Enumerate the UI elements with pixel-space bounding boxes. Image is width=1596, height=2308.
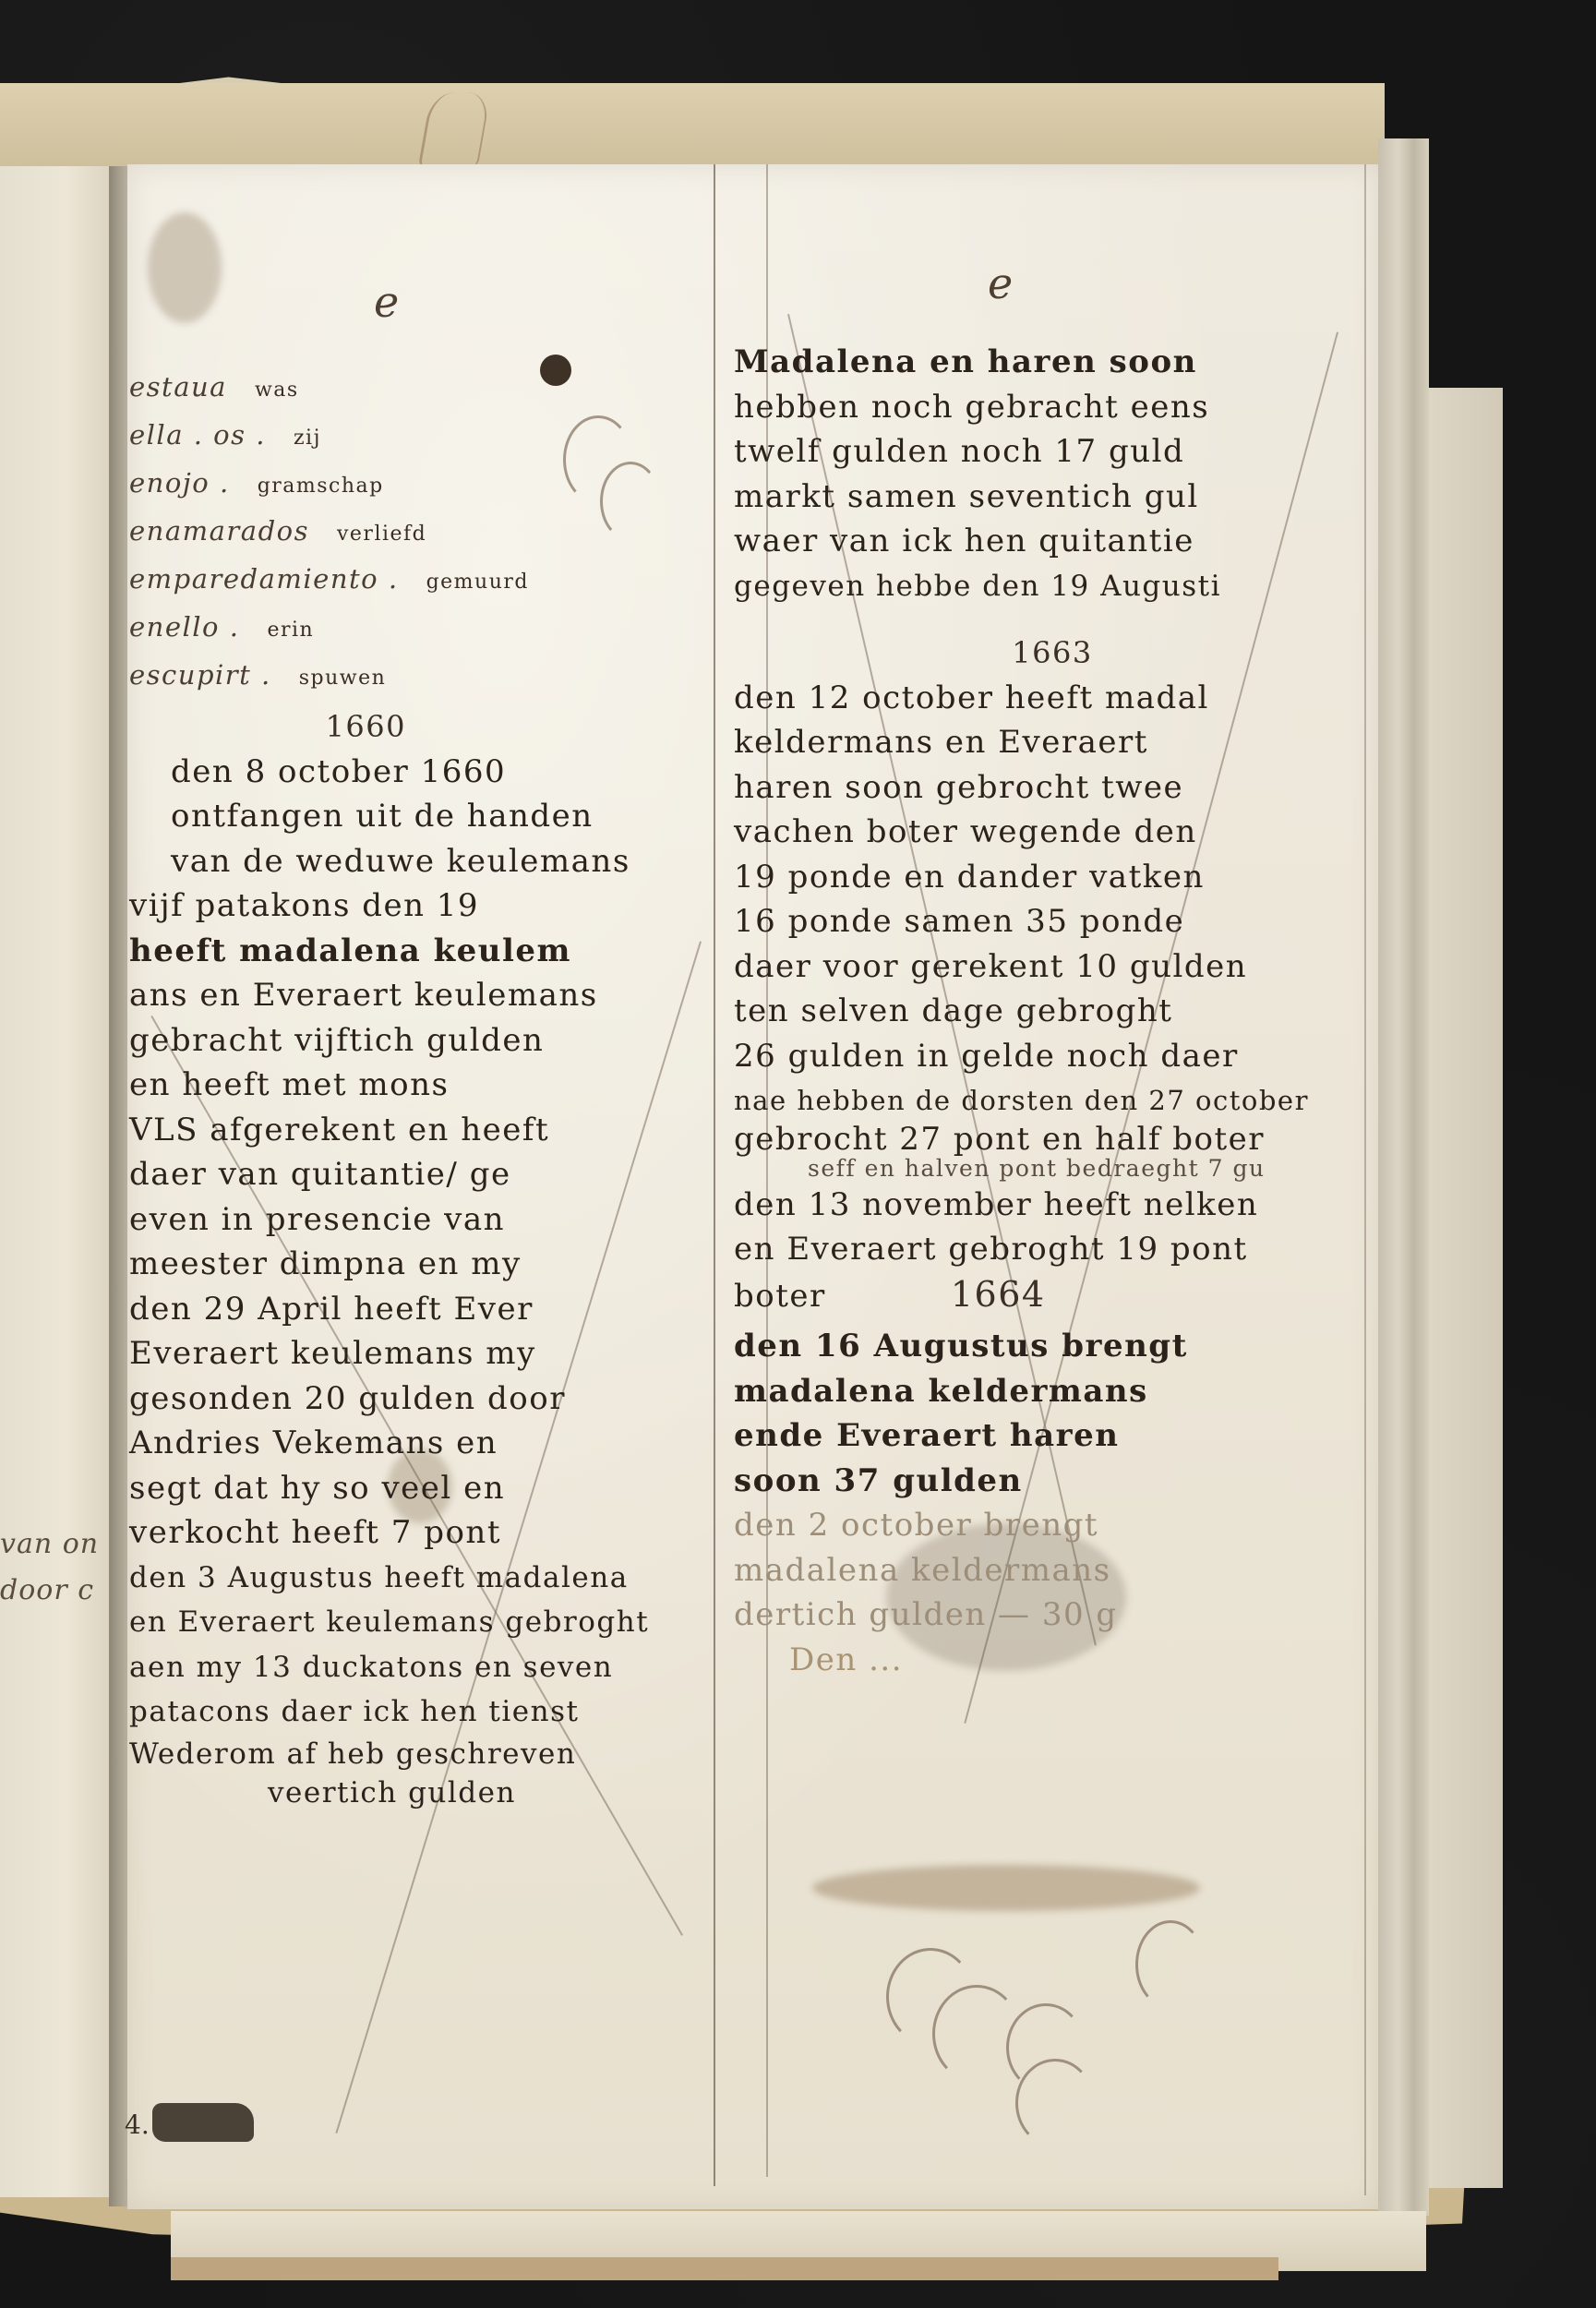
book-gutter xyxy=(109,166,127,2206)
water-stain xyxy=(148,212,222,323)
ledger-line: verkocht heeft 7 pont xyxy=(129,1510,711,1556)
ledger-line: gegeven hebbe den 19 Augusti xyxy=(734,564,1371,609)
ledger-line: ontfangen uit de handen xyxy=(171,794,711,839)
page-edge xyxy=(1378,138,1429,2216)
ledger-line: Wederom af heb geschreven xyxy=(129,1735,711,1773)
ledger-line: VLS afgerekent en heeft xyxy=(129,1108,711,1153)
page-marker: 4. xyxy=(125,2110,150,2140)
ledger-line: 16 ponde samen 35 ponde xyxy=(734,899,1371,944)
ledger-line: den 12 october heeft madal xyxy=(734,676,1371,721)
ledger-line: gesonden 20 gulden door xyxy=(129,1376,711,1422)
year-heading: 1660 xyxy=(129,704,406,750)
ledger-entries: den 8 october 1660 ontfangen uit de hand… xyxy=(171,750,711,884)
vocab-entry: emparedamiento .gemuurd xyxy=(129,557,711,605)
ledger-line: madalena keldermans xyxy=(734,1369,1371,1414)
ledger-entries: den 16 Augustus brengt madalena kelderma… xyxy=(734,1324,1371,1503)
section-letter: e xyxy=(374,277,399,327)
scribbled-out-text xyxy=(152,2103,254,2142)
faded-entries: den 2 october brengt madalena keldermans… xyxy=(734,1503,1371,1682)
margin-note: door c xyxy=(0,1574,94,1606)
ledger-line: Andries Vekemans en xyxy=(129,1421,711,1466)
pen-sketch xyxy=(418,92,491,166)
year-heading: 1664 xyxy=(951,1272,1046,1317)
ledger-line: Madalena en haren soon xyxy=(734,340,1371,385)
ledger-line: patacons daer ick hen tienst xyxy=(129,1689,711,1735)
ledger-line: gebrocht 27 pont en half boter xyxy=(734,1124,1371,1155)
margin-note: van on xyxy=(0,1528,99,1560)
ledger-line: en Everaert gebroght 19 pont xyxy=(734,1227,1371,1272)
ledger-line: en Everaert keulemans gebroght xyxy=(129,1600,711,1645)
ledger-line: soon 37 gulden xyxy=(734,1459,1371,1504)
ledger-line: den 13 november heeft nelken xyxy=(734,1183,1371,1228)
ledger-line: boter xyxy=(734,1274,826,1319)
ledger-line: veertich gulden xyxy=(268,1773,711,1812)
ledger-entries: vijf patakons den 19 heeft madalena keul… xyxy=(129,884,711,1812)
ledger-line: den 8 october 1660 xyxy=(171,750,711,795)
ledger-entries: den 12 october heeft madal keldermans en… xyxy=(734,676,1371,1319)
ledger-line: Everaert keulemans my xyxy=(129,1331,711,1376)
top-torn-edge xyxy=(0,83,1385,170)
pen-flourish xyxy=(1015,2059,1095,2147)
ledger-line: van de weduwe keulemans xyxy=(171,839,711,884)
vocab-entry: enello .erin xyxy=(129,605,711,653)
column-rule xyxy=(714,164,715,2186)
ledger-line: even in presencie van xyxy=(129,1197,711,1243)
year-heading: 1663 xyxy=(734,631,1371,676)
faded-line: dertich gulden — 30 g xyxy=(734,1593,1371,1638)
ink-smudge xyxy=(812,1865,1200,1911)
vocab-entry: ella . os .zij xyxy=(129,413,711,461)
ledger-line: daer van quitantie/ ge xyxy=(129,1152,711,1197)
bottom-binding-edge xyxy=(171,2257,1278,2280)
ledger-line: den 16 Augustus brengt xyxy=(734,1324,1371,1369)
ledger-line: den 3 Augustus heeft madalena xyxy=(129,1556,711,1601)
page-edge xyxy=(1429,388,1503,2188)
vocabulary-list: estauawas ella . os .zij enojo .gramscha… xyxy=(129,365,711,701)
left-column: estauawas ella . os .zij enojo .gramscha… xyxy=(129,365,711,1812)
ledger-line: heeft madalena keulem xyxy=(129,929,711,974)
pen-flourish xyxy=(1135,1920,1206,2009)
ledger-line: twelf gulden noch 17 guld xyxy=(734,429,1371,475)
left-facing-page: van on door c xyxy=(0,166,109,2197)
ledger-line: den 29 April heeft Ever xyxy=(129,1287,711,1332)
faded-line: madalena keldermans xyxy=(734,1548,1371,1593)
smudged-line: Den ... xyxy=(789,1638,1371,1683)
ledger-line: haren soon gebrocht twee xyxy=(734,765,1371,811)
right-column: Madalena en haren soon hebben noch gebra… xyxy=(734,340,1371,1682)
ledger-line: ans en Everaert keulemans xyxy=(129,973,711,1018)
vocab-entry: estauawas xyxy=(129,365,711,413)
ledger-line: daer voor gerekent 10 gulden xyxy=(734,944,1371,990)
ledger-line: 19 ponde en dander vatken xyxy=(734,855,1371,900)
ledger-line: segt dat hy so veel en xyxy=(129,1466,711,1511)
vocab-entry: escupirt .spuwen xyxy=(129,653,711,701)
ledger-entries: Madalena en haren soon hebben noch gebra… xyxy=(734,340,1371,608)
ledger-line: keldermans en Everaert xyxy=(734,720,1371,765)
ledger-line: ende Everaert haren xyxy=(734,1413,1371,1459)
ledger-line: vachen boter wegende den xyxy=(734,810,1371,855)
ledger-line: seff en halven pont bedraeght 7 gu xyxy=(808,1155,1371,1183)
ledger-line: en heeft met mons xyxy=(129,1063,711,1108)
ledger-line: gebracht vijftich gulden xyxy=(129,1018,711,1064)
ledger-line: aen my 13 duckatons en seven xyxy=(129,1645,711,1690)
ledger-line: meester dimpna en my xyxy=(129,1242,711,1287)
vocab-entry: enojo .gramschap xyxy=(129,461,711,509)
ledger-line: nae hebben de dorsten den 27 october xyxy=(734,1078,1371,1124)
ledger-line: markt samen seventich gul xyxy=(734,475,1371,520)
section-letter: e xyxy=(988,258,1013,308)
vocab-entry: enamaradosverliefd xyxy=(129,509,711,557)
ledger-line: vijf patakons den 19 xyxy=(129,884,711,929)
ledger-line: hebben noch gebracht eens xyxy=(734,385,1371,430)
ledger-line: 26 gulden in gelde noch daer xyxy=(734,1034,1371,1079)
faded-line: den 2 october brengt xyxy=(734,1503,1371,1548)
ledger-line: ten selven dage gebroght xyxy=(734,989,1371,1034)
ledger-line: waer van ick hen quitantie xyxy=(734,519,1371,564)
